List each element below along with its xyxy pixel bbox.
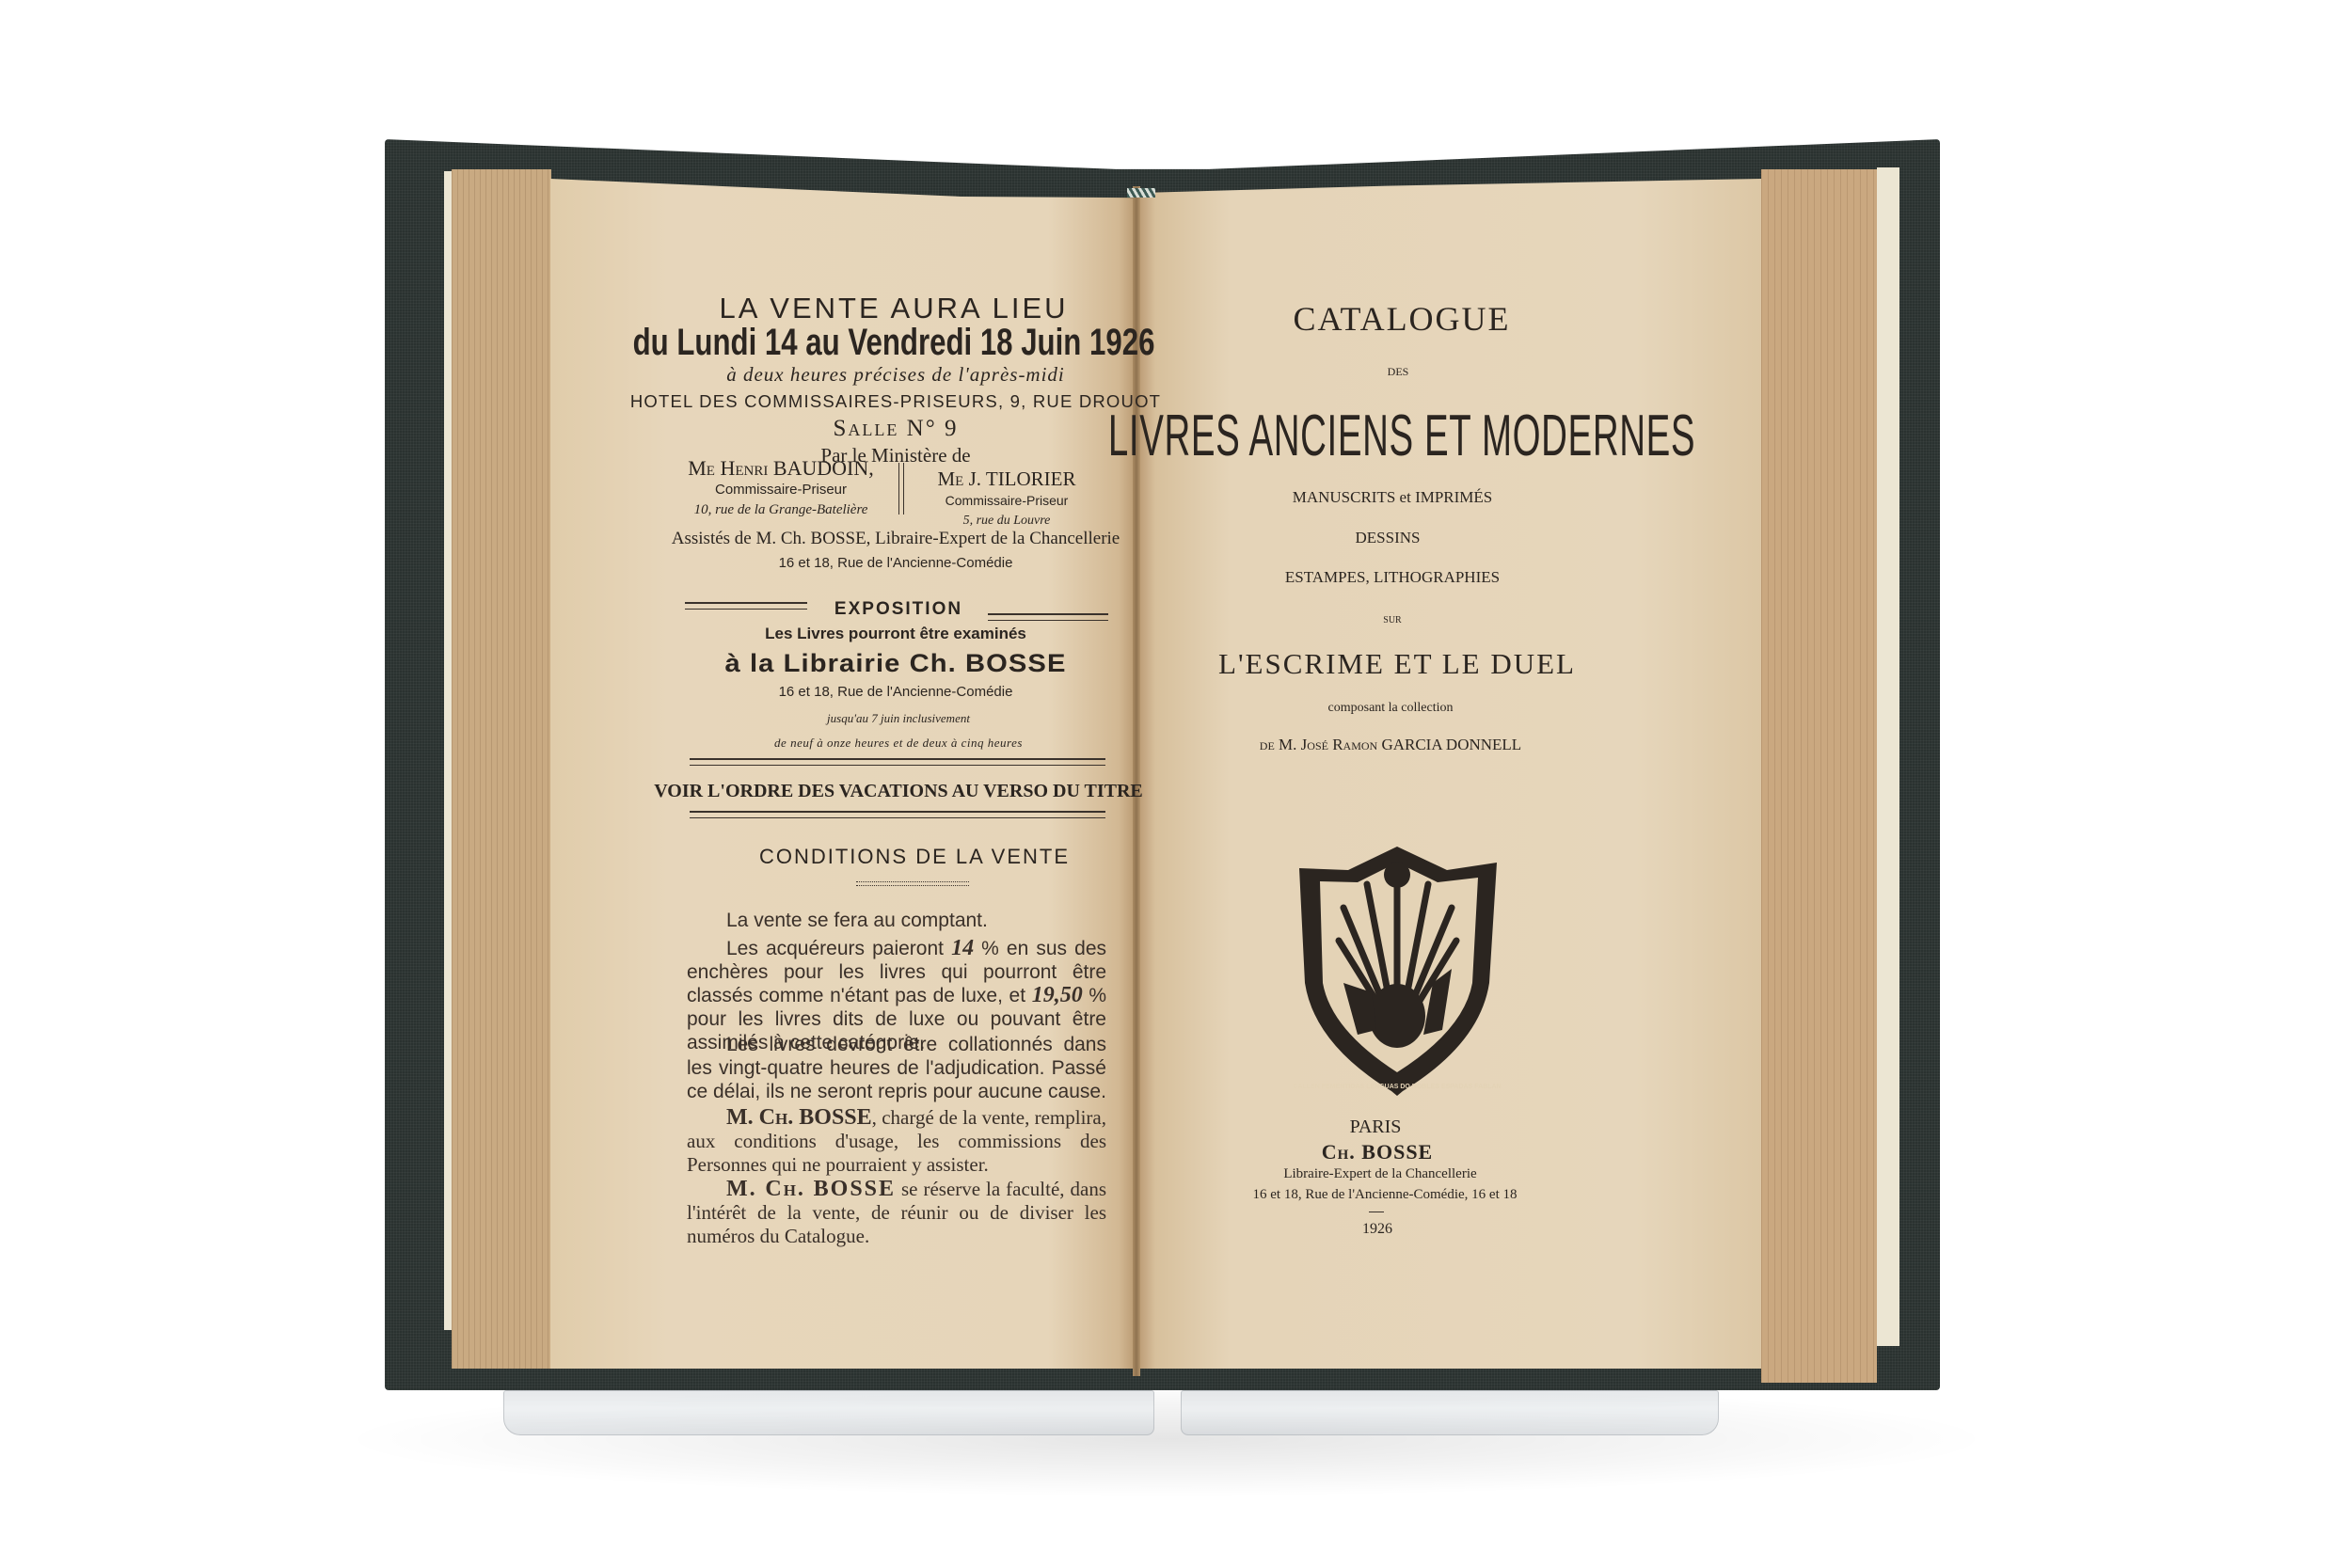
imprint-city: PARIS xyxy=(1350,1117,1402,1138)
exposition-address: 16 et 18, Rue de l'Ancienne-Comédie xyxy=(779,684,1013,700)
imprint-rule xyxy=(1369,1212,1384,1212)
exposition-rule-right xyxy=(988,613,1108,621)
auctioneer-2-name: Me J. TILORIER xyxy=(937,467,1075,491)
exposition-until: jusqu'au 7 juin inclusivement xyxy=(827,711,970,726)
subtitle-estampes: ESTAMPES, LITHOGRAPHIES xyxy=(1285,568,1500,587)
page-edges-right xyxy=(1761,169,1877,1383)
headband xyxy=(1127,188,1155,198)
assisted-by: Assistés de M. Ch. BOSSE, Libraire-Exper… xyxy=(672,529,1120,549)
catalogue-title: CATALOGUE xyxy=(1293,299,1510,339)
main-title: LIVRES ANCIENS ET MODERNES xyxy=(1108,403,1695,469)
emblem-motto: CALLEN FEMENTIDAS LENGUAS DO NOBLES ESPA… xyxy=(1293,1084,1501,1090)
auctioneer-1-address: 10, rue de la Grange-Batelière xyxy=(694,502,868,518)
condition-paragraph-1: La vente se fera au comptant. xyxy=(687,909,1106,932)
collector-name: de M. José Ramon GARCIA DONNELL xyxy=(1260,736,1521,754)
sale-dates: du Lundi 14 au Vendredi 18 Juin 1926 xyxy=(633,322,1155,364)
auctioneer-1-title: Commissaire-Priseur xyxy=(715,482,847,498)
venue: HOTEL DES COMMISSAIRES-PRISEURS, 9, RUE … xyxy=(630,391,1161,412)
fencing-emblem-shield-icon: CALLEN FEMENTIDAS LENGUAS DO NOBLES ESPA… xyxy=(1292,842,1503,1101)
exposition-line2: à la Librairie Ch. BOSSE xyxy=(725,649,1067,678)
vacations-notice: VOIR L'ORDRE DES VACATIONS AU VERSO DU T… xyxy=(654,781,1143,802)
conditions-ornament xyxy=(856,881,969,886)
sale-time: à deux heures précises de l'après-midi xyxy=(726,363,1065,387)
acrylic-stand-right xyxy=(1181,1390,1719,1435)
exposition-line1: Les Livres pourront être examinés xyxy=(765,625,1026,643)
condition-paragraph-3: Les livres devront être collationnés dan… xyxy=(687,1033,1106,1103)
subject-title: L'ESCRIME ET LE DUEL xyxy=(1218,647,1576,681)
conditions-heading: CONDITIONS DE LA VENTE xyxy=(759,845,1070,869)
des-label: DES xyxy=(1388,365,1409,379)
page-edges-left xyxy=(452,169,551,1369)
sur-label: SUR xyxy=(1383,615,1401,626)
imprint-year: 1926 xyxy=(1362,1221,1392,1238)
room-number: Salle N° 9 xyxy=(834,416,959,442)
sale-heading: LA VENTE AURA LIEU xyxy=(719,292,1068,325)
flyleaf-right xyxy=(1877,167,1899,1346)
auctioneer-1-name: Me Henri BAUDOIN, xyxy=(688,456,874,481)
vacations-rule-top xyxy=(690,758,1105,766)
vacations-rule-bottom xyxy=(690,811,1105,818)
subtitle-manuscrits: MANUSCRITS et IMPRIMÉS xyxy=(1293,488,1493,507)
imprint-publisher: Ch. BOSSE xyxy=(1322,1140,1434,1164)
exposition-hours: de neuf à onze heures et de deux à cinq … xyxy=(774,736,1023,751)
assisted-address: 16 et 18, Rue de l'Ancienne-Comédie xyxy=(779,555,1013,571)
auctioneer-2-title: Commissaire-Priseur xyxy=(946,493,1069,508)
condition-paragraph-4: M. Ch. BOSSE, chargé de la vente, rempli… xyxy=(687,1106,1106,1177)
auctioneer-divider xyxy=(898,463,904,515)
subtitle-dessins: DESSINS xyxy=(1356,529,1421,547)
exposition-rule-left xyxy=(685,602,807,610)
exposition-heading: EXPOSITION xyxy=(834,599,962,620)
auctioneer-2-address: 5, rue du Louvre xyxy=(963,514,1051,529)
imprint-publisher-title: Libraire-Expert de la Chancellerie xyxy=(1283,1166,1476,1182)
condition-paragraph-5: M. Ch. BOSSE se réserve la faculté, dans… xyxy=(687,1178,1106,1248)
imprint-address: 16 et 18, Rue de l'Ancienne-Comédie, 16 … xyxy=(1253,1187,1518,1203)
collection-intro: composant la collection xyxy=(1328,701,1454,716)
acrylic-stand-left xyxy=(503,1390,1154,1435)
